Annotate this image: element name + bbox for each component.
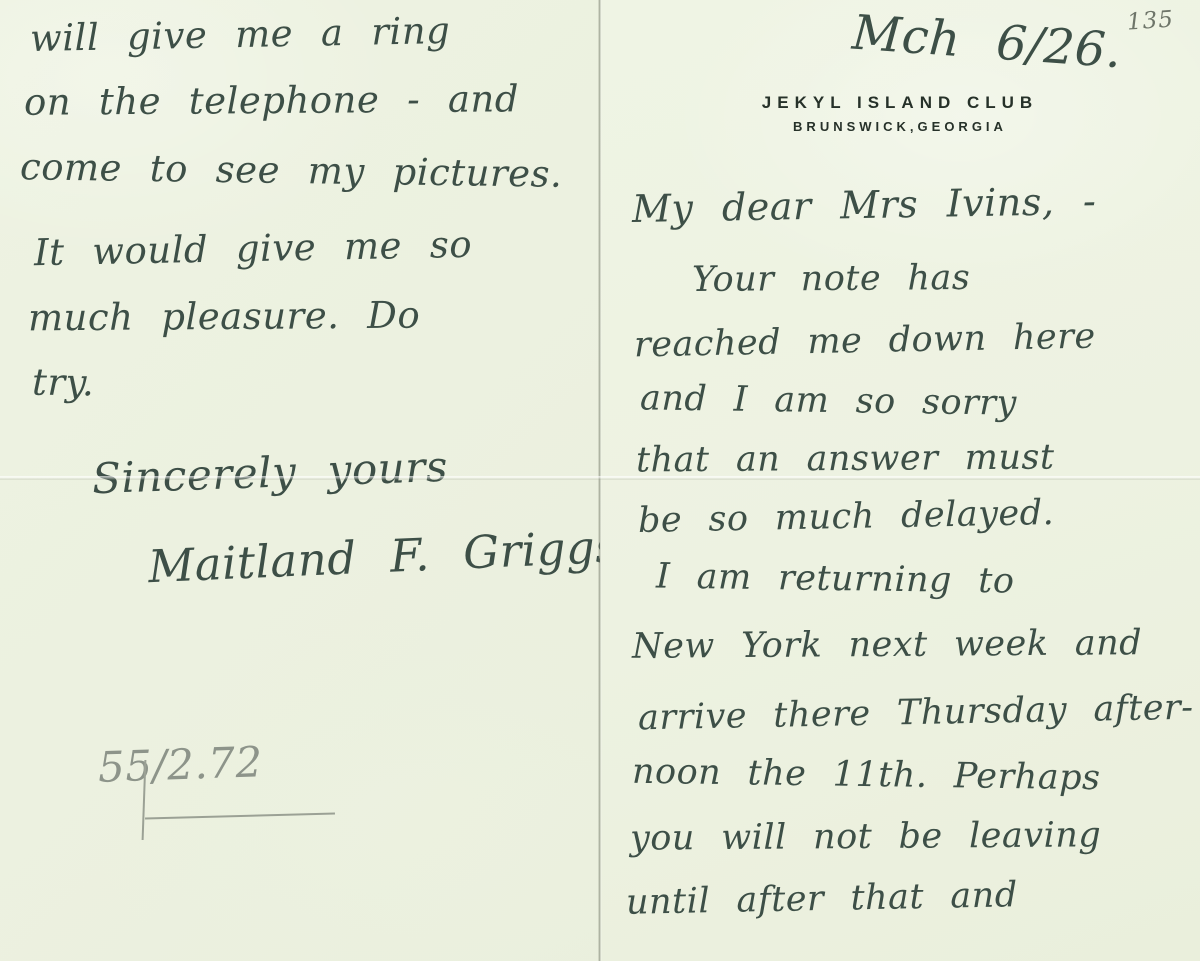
pencil-underline-stroke xyxy=(145,813,335,820)
handwritten-line: noon the 11th. Perhaps xyxy=(632,755,1101,797)
handwritten-line: be so much delayed. xyxy=(638,496,1055,539)
handwritten-line: try. xyxy=(32,364,95,402)
handwritten-line: and I am so sorry xyxy=(640,381,1017,421)
handwritten-line: much pleasure. Do xyxy=(28,297,420,337)
handwritten-line: will give me a ring xyxy=(30,12,451,57)
center-fold-line xyxy=(598,0,602,961)
pencil-catalog-notation: 55/2.72 xyxy=(97,741,263,789)
archive-page-number: 135 xyxy=(1126,6,1175,35)
handwritten-line: until after that and xyxy=(626,878,1018,921)
handwritten-line: I am returning to xyxy=(656,559,1015,599)
handwritten-line: New York next week and xyxy=(632,626,1142,665)
handwritten-line: on the telephone - and xyxy=(24,80,519,120)
handwritten-line: arrive there Thursday after- xyxy=(638,691,1194,737)
handwritten-line: Your note has xyxy=(692,261,971,298)
letterhead-club-name: JEKYL ISLAND CLUB xyxy=(600,93,1200,113)
handwritten-line: reached me down here xyxy=(634,320,1096,364)
handwritten-line: you will not be leaving xyxy=(630,818,1101,856)
letter-scan: will give me a ring on the telephone - a… xyxy=(0,0,1200,961)
letter-page-right: 135 Mch 6/26. JEKYL ISLAND CLUB BRUNSWIC… xyxy=(600,0,1200,961)
letter-page-left: will give me a ring on the telephone - a… xyxy=(0,0,600,961)
letterhead-location: BRUNSWICK,GEORGIA xyxy=(600,119,1200,134)
handwritten-line: come to see my pictures. xyxy=(20,148,563,193)
letter-closing: Sincerely yours xyxy=(91,446,448,500)
letter-salutation: My dear Mrs Ivins, - xyxy=(632,182,1097,228)
letter-signature: Maitland F. Griggs xyxy=(147,524,619,589)
handwritten-line: It would give me so xyxy=(34,226,473,271)
horizontal-crease-line xyxy=(0,476,1200,480)
handwritten-line: that an answer must xyxy=(636,441,1055,479)
letter-date: Mch 6/26. xyxy=(851,9,1124,76)
